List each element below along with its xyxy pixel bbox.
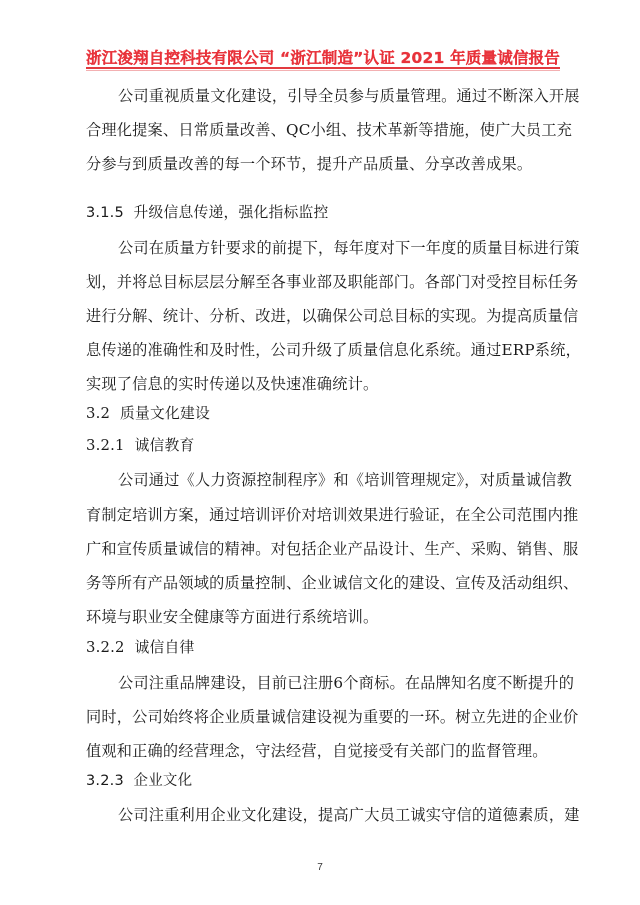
paragraph-line: 公司重视质量文化建设，引导全员参与质量管理。通过不断深入开展 — [118, 86, 580, 106]
heading-title: 诚信教育 — [134, 437, 194, 454]
section-heading-3-2: 3.2 质量文化建设 — [86, 404, 210, 424]
heading-number: 3.2 — [86, 405, 110, 422]
heading-number: 3.1.5 — [86, 205, 124, 221]
heading-title: 升级信息传递，强化指标监控 — [134, 204, 329, 221]
heading-number: 3.2.2 — [86, 639, 125, 656]
paragraph-line: 实现了信息的实时传递以及快速准确统计。 — [86, 374, 378, 394]
section-heading-3-2-1: 3.2.1 诚信教育 — [86, 436, 194, 456]
heading-number: 3.2.1 — [86, 437, 125, 454]
paragraph-line: 育制定培训方案，通过培训评价对培训效果进行验证，在全公司范围内推 — [86, 505, 578, 525]
paragraph-line: 公司在质量方针要求的前提下，每年度对下一年度的质量目标进行策 — [118, 238, 580, 258]
heading-title: 质量文化建设 — [120, 405, 210, 422]
paragraph-line: 公司注重品牌建设，目前已注册6个商标。在品牌知名度不断提升的 — [118, 673, 574, 693]
header-divider-shadow — [86, 70, 560, 71]
paragraph-line: 同时，公司始终将企业质量诚信建设视为重要的一环。树立先进的企业价 — [86, 707, 578, 727]
paragraph-line: 环境与职业安全健康等方面进行系统培训。 — [86, 607, 378, 627]
heading-title: 企业文化 — [134, 773, 193, 789]
paragraph-line: 务等所有产品领域的质量控制、企业诚信文化的建设、宣传及活动组织、 — [86, 573, 578, 593]
section-heading-3-1-5: 3.1.5 升级信息传递，强化指标监控 — [86, 203, 329, 223]
page-number: 7 — [0, 862, 640, 873]
paragraph-line: 广和宣传质量诚信的精神。对包括企业产品设计、生产、采购、销售、服 — [86, 539, 578, 559]
section-heading-3-2-2: 3.2.2 诚信自律 — [86, 638, 194, 658]
header-divider — [86, 67, 560, 69]
paragraph-line: 进行分解、统计、分析、改进，以确保公司总目标的实现。为提高质量信 — [86, 306, 578, 326]
paragraph-line: 值观和正确的经营理念，守法经营，自觉接受有关部门的监督管理。 — [86, 741, 548, 761]
heading-title: 诚信自律 — [134, 639, 194, 656]
heading-number: 3.2.3 — [86, 773, 124, 789]
paragraph-line: 公司注重利用企业文化建设，提高广大员工诚实守信的道德素质，建 — [118, 805, 580, 825]
paragraph-line: 合理化提案、日常质量改善、QC小组、技术革新等措施，使广大员工充 — [86, 120, 572, 140]
section-heading-3-2-3: 3.2.3 企业文化 — [86, 771, 192, 791]
paragraph-line: 息传递的准确性和及时性，公司升级了质量信息化系统。通过ERP系统， — [86, 340, 581, 360]
paragraph-line: 分参与到质量改善的每一个环节，提升产品质量、分享改善成果。 — [86, 154, 532, 174]
header-company-name: 浙江浚翔自控科技有限公司 — [86, 48, 274, 68]
paragraph-line: 公司通过《人力资源控制程序》和《培训管理规定》，对质量诚信教 — [118, 470, 572, 490]
paragraph-line: 划，并将总目标层层分解至各事业部及职能部门。各部门对受控目标任务 — [86, 272, 578, 292]
header-report-title: “浙江制造”认证 2021 年质量诚信报告 — [280, 48, 560, 68]
page-header: 浙江浚翔自控科技有限公司 “浙江制造”认证 2021 年质量诚信报告 — [86, 44, 560, 68]
